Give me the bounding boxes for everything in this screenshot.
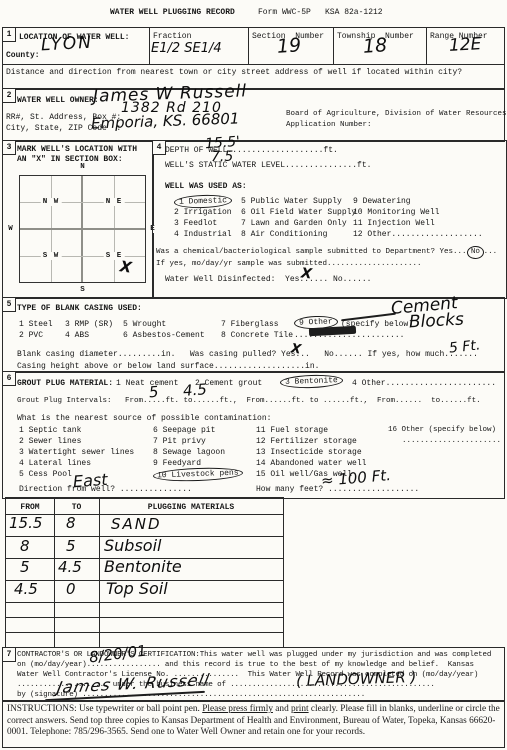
contamination-option: 7 Pit privy [153, 436, 243, 447]
plugging-materials-table: FROM TO PLUGGING MATERIALS 15.5 8 SAND 8… [5, 497, 284, 648]
interval-to-value: 4.5 [183, 382, 208, 399]
section-3-badge: 3 [2, 140, 16, 155]
form-ksa-number: KSA 82a-1212 [325, 7, 383, 18]
use-option-domestic: 1 Domestic [174, 196, 232, 207]
contamination-option: 4 Lateral lines [19, 458, 134, 469]
circled-livestock-pens: 10 Livestock pens [153, 466, 243, 482]
section-number-value: 19 [276, 36, 301, 57]
table-column-divider [99, 498, 100, 647]
table-cell-from: 15.5 [9, 516, 42, 531]
direction-from-well-value: East [72, 472, 108, 490]
distance-question: Distance and direction from nearest town… [6, 67, 462, 78]
interval-from-value: 5 [148, 385, 159, 401]
table-column-divider [54, 498, 55, 647]
table-cell-from: 8 [20, 539, 30, 554]
section-box-grid: N S W E N W N E S W S E X [19, 175, 146, 283]
use-option: 11 Injection Well [353, 218, 483, 229]
contamination-option: 1 Septic tank [19, 425, 134, 436]
instructions-underline-2: print [291, 704, 309, 714]
how-much-value: 5 Ft. [448, 338, 481, 355]
depth-of-well-label: DEPTH OF WELL....................ft. [165, 145, 338, 156]
use-option: 6 Oil Field Water Supply [241, 207, 356, 218]
section-3-location-grid: 3 MARK WELL'S LOCATION WITH AN "X" IN SE… [2, 140, 154, 299]
use-option: 9 Dewatering [353, 196, 483, 207]
uses-column-3: 9 Dewatering 10 Monitoring Well 11 Injec… [353, 196, 483, 240]
contamination-option: 2 Sewer lines [19, 436, 134, 447]
static-water-level-label: WELL'S STATIC WATER LEVEL...............… [165, 160, 371, 171]
casing-option: 4 ABS [65, 330, 89, 341]
grout-intervals-line: Grout Plug Intervals: From.....ft. to...… [17, 396, 481, 407]
table-cell-to: 5 [66, 539, 76, 554]
table-cell-from: 5 [20, 560, 30, 575]
disinfected-label: Water Well Disinfected: Yes...... No....… [165, 274, 371, 285]
section-7-badge: 7 [2, 647, 16, 662]
use-option: 7 Lawn and Garden Only [241, 218, 356, 229]
use-option: 2 Irrigation [174, 207, 232, 218]
instructions-box: INSTRUCTIONS: Use typewriter or ball poi… [2, 700, 505, 748]
instructions-text: INSTRUCTIONS: Use typewriter or ball poi… [7, 704, 500, 739]
quadrant-nw-label: N W [41, 198, 62, 206]
contamination-option-dots: ...................... [388, 436, 501, 447]
use-option: 3 Feedlot [174, 218, 232, 229]
form-number: Form WWC-5P [258, 7, 311, 18]
section-1-badge: 1 [2, 27, 16, 42]
casing-option: 8 Concrete Tile [221, 330, 293, 341]
sample-question-line: Was a chemical/bacteriological sample su… [156, 247, 497, 258]
contamination-option: 16 Other (specify below) [388, 425, 501, 436]
casing-option: 3 RMP (SR) [65, 319, 113, 330]
section-5-title: TYPE OF BLANK CASING USED: [17, 303, 142, 314]
sample-question-tail: ... [484, 248, 498, 256]
signer-role-value: ( LANDOWNER ) [296, 670, 417, 689]
table-cell-material: Top Soil [106, 581, 168, 597]
static-water-level-value: 7.5 [211, 150, 233, 164]
use-option: 10 Monitoring Well [353, 207, 483, 218]
table-row-divider [6, 617, 283, 618]
contamination-option: 8 Sewage lagoon [153, 447, 243, 458]
contamination-option: 12 Fertilizer storage [256, 436, 366, 447]
section-3-title-line2: AN "X" IN SECTION BOX: [17, 154, 123, 165]
cell-divider [248, 28, 249, 64]
grid-line [20, 202, 145, 203]
contamination-option-livestock: 10 Livestock pens [153, 469, 243, 480]
grid-line [20, 228, 145, 230]
use-option: 12 Other................... [353, 229, 483, 240]
use-option: 4 Industrial [174, 229, 232, 240]
table-header-materials: PLUGGING MATERIALS [99, 502, 283, 513]
cell-divider [426, 28, 427, 64]
well-location-x-mark: X [119, 259, 133, 275]
casing-option: 6 Asbestos-Cement [123, 330, 205, 341]
table-header-from: FROM [6, 502, 54, 513]
section-6-grout: 6 GROUT PLUG MATERIAL: 1 Neat cement 2 C… [2, 371, 505, 499]
casing-diameter-line: Blank casing diameter.........in. Was ca… [17, 349, 478, 360]
other-casing-value-line2: Blocks [409, 312, 465, 332]
casing-pulled-yes-x-mark: X [290, 342, 302, 356]
use-option: 5 Public Water Supply [241, 196, 356, 207]
compass-north-label: N [78, 163, 88, 171]
section-2-badge: 2 [2, 88, 16, 103]
instructions-underline-1: Please press firmly [202, 704, 273, 714]
sample-question-text: Was a chemical/bacteriological sample su… [156, 248, 467, 256]
contamination-column-4: 16 Other (specify below) ...............… [388, 425, 501, 447]
casing-option: 7 Fiberglass [221, 319, 279, 330]
circled-bentonite: 3 Bentonite [280, 374, 343, 389]
city-value: Emporia, KS. 66801 [91, 111, 240, 131]
township-number-value: 18 [362, 36, 387, 57]
section-7-certification: 7 CONTRACTOR'S OR LANDOWNER'S CERTIFICAT… [2, 647, 505, 702]
grout-option: 4 Other....................... [352, 378, 496, 389]
section-4-badge: 4 [152, 140, 166, 155]
section-2-owner: 2 WATER WELL OWNER: RR#, St. Address, Bo… [2, 88, 505, 142]
compass-south-label: S [78, 286, 88, 294]
table-cell-to: 8 [66, 516, 76, 531]
section-5-badge: 5 [2, 297, 16, 312]
instructions-pre: INSTRUCTIONS: Use typewriter or ball poi… [7, 704, 202, 714]
row-divider [3, 64, 504, 65]
casing-option: 5 Wrought [123, 319, 166, 330]
well-used-as-label: WELL WAS USED AS: [165, 181, 247, 192]
table-cell-to: 0 [66, 582, 76, 597]
contamination-option: 13 Insecticide storage [256, 447, 366, 458]
table-row-divider [6, 602, 283, 603]
table-cell-material: Bentonite [104, 559, 182, 575]
quadrant-ne-label: N E [104, 198, 125, 206]
application-number-label: Application Number: [286, 120, 372, 131]
casing-option: 2 PVC [19, 330, 43, 341]
contamination-option: 14 Abandoned water well [256, 458, 366, 469]
water-well-plugging-record-form: WATER WELL PLUGGING RECORD Form WWC-5P K… [0, 0, 507, 750]
sample-if-yes-line: If yes, mo/day/yr sample was submitted..… [156, 259, 422, 270]
section-1-location: 1 LOCATION OF WATER WELL: County: LYON F… [2, 27, 505, 90]
table-header-to: TO [54, 502, 99, 513]
section-5-casing: 5 TYPE OF BLANK CASING USED: 1 Steel 3 R… [2, 297, 505, 373]
board-of-agriculture-label: Board of Agriculture, Division of Water … [286, 109, 507, 120]
quadrant-sw-label: S W [41, 252, 62, 260]
table-cell-from: 4.5 [14, 582, 38, 597]
county-value: LYON [41, 35, 94, 55]
cell-divider [149, 28, 150, 64]
form-title: WATER WELL PLUGGING RECORD [110, 7, 235, 18]
contamination-option: 3 Watertight sewer lines [19, 447, 134, 458]
instructions-mid: and [273, 704, 291, 714]
contamination-option: 6 Seepage pit [153, 425, 243, 436]
casing-option: 1 Steel [19, 319, 53, 330]
contamination-option: 11 Fuel storage [256, 425, 366, 436]
table-cell-to: 4.5 [58, 560, 82, 575]
section-4-well-info: 4 DEPTH OF WELL....................ft. 1… [152, 140, 507, 299]
range-number-value: 12E [449, 36, 482, 55]
cell-divider [333, 28, 334, 64]
use-option: 8 Air Conditioning [241, 229, 356, 240]
circled-no-answer: No [466, 246, 483, 260]
table-cell-material: Subsoil [104, 538, 161, 554]
contamination-column-2: 6 Seepage pit 7 Pit privy 8 Sewage lagoo… [153, 425, 243, 480]
owner-label: WATER WELL OWNER: [17, 95, 99, 106]
grid-line [20, 256, 145, 257]
compass-west-label: W [6, 225, 16, 233]
grout-option-bentonite: 3 Bentonite [280, 376, 343, 387]
contamination-question: What is the nearest source of possible c… [17, 413, 271, 424]
grout-material-label: GROUT PLUG MATERIAL: [17, 378, 113, 389]
county-label: County: [6, 50, 40, 61]
uses-column-1: 1 Domestic 2 Irrigation 3 Feedlot 4 Indu… [174, 196, 232, 240]
fraction-value: E1/2 SE1/4 [151, 42, 222, 55]
table-cell-material: SAND [111, 517, 162, 532]
table-row-divider [6, 632, 283, 633]
disinfected-yes-x-mark: X [300, 266, 312, 281]
uses-column-2: 5 Public Water Supply 6 Oil Field Water … [241, 196, 356, 240]
section-6-badge: 6 [2, 371, 16, 386]
